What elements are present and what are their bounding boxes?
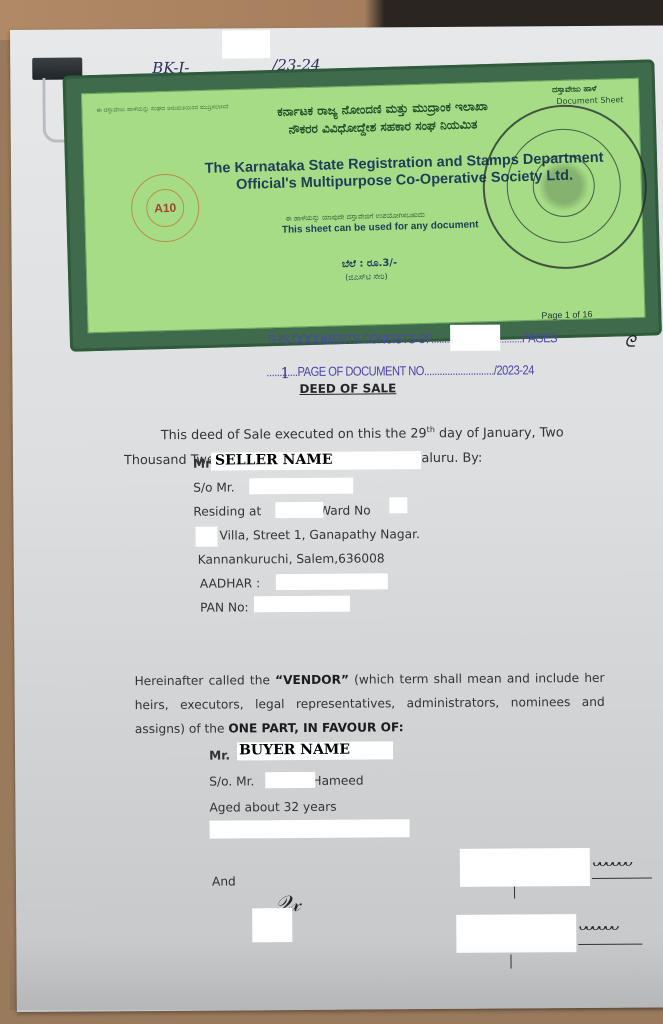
vendor-term: “VENDOR” [275, 673, 349, 688]
seller-name-line: Mr [193, 457, 211, 471]
page-indicator: Page 1 of 16 [541, 309, 592, 320]
stamp-kannada-note: ಈ ದಸ್ತಾವೇಜು ಹಾಳೆಯನ್ನು ಸಂಘದ ಅನುಮತಿಯಿಂದ ಮು… [96, 102, 236, 115]
stamp-price-note: (ಜಿಎಸ್‌ಟಿ ಸೇರಿ) [345, 272, 388, 283]
page-count-stamp: THIS DOCUMENTS CONSISTS OF............20… [266, 330, 557, 348]
redaction-box [276, 573, 388, 590]
redaction-box [275, 502, 323, 518]
page-count-label: THIS DOCUMENTS CONSISTS OF [266, 331, 431, 347]
redaction-box [450, 325, 500, 351]
page-number-handwritten: 1 [280, 364, 290, 382]
redaction-box [249, 478, 353, 495]
seller-city: Kannankuruchi, Salem,636008 [198, 551, 385, 566]
seller-name-wrapper: SELLER NAME [215, 452, 333, 469]
redaction-box [210, 819, 410, 838]
intro-text: This deed of Sale executed on this the 2… [161, 426, 427, 443]
redaction-box [389, 497, 407, 513]
buyer-prefix: Mr. [209, 748, 230, 762]
sub-registrar-seal [481, 103, 650, 272]
buyer-name-line: Mr. [209, 748, 230, 762]
seller-residing-label: Residing at [193, 504, 261, 518]
buyer-age-line: Aged about 32 years [209, 800, 336, 815]
seller-name: SELLER NAME [215, 452, 333, 469]
seller-prefix: Mr [193, 457, 211, 471]
one-part-clause: ONE PART, IN FAVOUR OF: [228, 720, 403, 735]
buyer-name-wrapper: BUYER NAME [239, 742, 350, 759]
dotted-fill: .......................... [426, 363, 493, 378]
seller-pan-label: PAN No: [200, 600, 249, 614]
buyer-father-surname: Hameed [312, 774, 363, 788]
seller-pan-line: PAN No: [200, 600, 249, 614]
document-title: DEED OF SALE [299, 381, 396, 396]
redaction-box [222, 30, 270, 58]
buyer-name: BUYER NAME [239, 742, 350, 759]
document-number-label: PAGE OF DOCUMENT NO. [297, 363, 426, 379]
stamp-kannada-heading: ಕರ್ನಾಟಕ ರಾಜ್ಯ ನೋಂದಣಿ ಮತ್ತು ಮುದ್ರಾಂಕ ಇಲಾಖ… [232, 96, 533, 140]
witness-signature: ᴗᴗᴗᴗᴗᴗ [592, 854, 631, 870]
buyer-age: Aged about 32 years [209, 800, 336, 815]
initials-signature: ᘓ [624, 332, 635, 352]
stamp-price: ಬೆಲೆ : ರೂ.3/- [342, 258, 398, 271]
redaction-box [460, 848, 590, 887]
clause-text: Hereinafter called the [134, 673, 275, 688]
stamp-sheet: ಈ ದಸ್ತಾವೇಜು ಹಾಳೆಯನ್ನು ಸಂಘದ ಅನುಮತಿಯಿಂದ ಮು… [62, 59, 661, 351]
seller-father-label: S/o Mr. [193, 480, 235, 494]
seller-address-line: Villa, Street 1, Ganapathy Nagar. [219, 527, 419, 542]
redaction-box [195, 527, 217, 547]
ordinal-suffix: th [427, 425, 435, 434]
sheet-label-kannada: ದಸ್ತಾವೇಜು ಹಾಳೆ [552, 84, 597, 95]
redaction-box [254, 596, 350, 613]
redaction-box [252, 908, 292, 942]
photo-shadow [10, 940, 663, 1010]
seller-address: Villa, Street 1, Ganapathy Nagar. [219, 527, 419, 542]
serial-seal-number: A10 [146, 189, 185, 228]
document-number-stamp: ............PAGE OF DOCUMENT NO.........… [266, 362, 534, 379]
stamp-sheet-inner: ಈ ದಸ್ತಾವೇಜು ಹಾಳೆಯನ್ನು ಸಂಘದ ಅನುಮತಿಯಿಂದ ಮು… [81, 78, 645, 333]
signature-line [592, 878, 652, 879]
witness-signature: ᴗᴗᴗᴗᴗᴗ [578, 918, 617, 934]
intro-line-1: This deed of Sale executed on this the 2… [161, 424, 564, 443]
document-year: /2023-24 [494, 362, 534, 377]
document-page: BK-I- /23-24 ಈ ದಸ್ತಾವೇಜು ಹಾಳೆಯನ್ನು ಸಂಘದ … [10, 25, 663, 1012]
and-text: And [212, 874, 236, 888]
seller-aadhar-line: AADHAR : [200, 576, 260, 590]
seller-aadhar-label: AADHAR : [200, 576, 260, 590]
vendor-clause: Hereinafter called the “VENDOR” (which t… [134, 666, 604, 741]
serial-seal: A10 [130, 173, 200, 243]
page-count-suffix: PAGES [522, 330, 557, 345]
redaction-box [265, 772, 315, 788]
and-label: And [212, 874, 236, 888]
seller-city-line: Kannankuruchi, Salem,636008 [198, 551, 385, 566]
seller-father-line: S/o Mr. [193, 480, 235, 494]
buyer-father-label: S/o. Mr. [209, 774, 254, 788]
signature-tick [514, 886, 515, 898]
intro-text: day of January, Two [435, 425, 564, 441]
